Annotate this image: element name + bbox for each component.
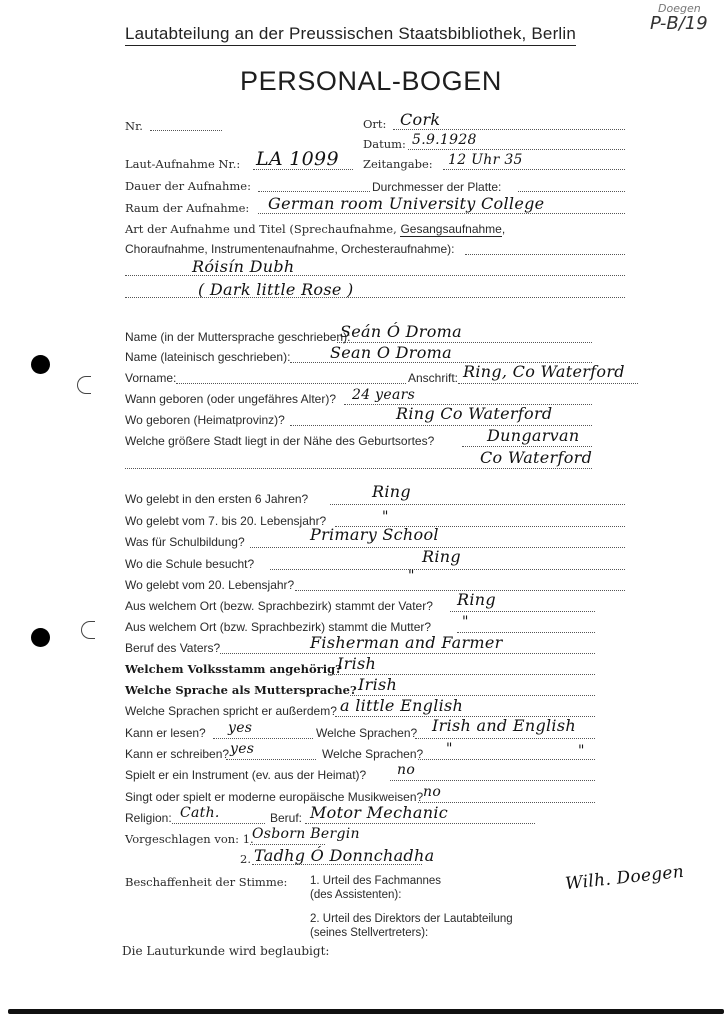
q5-label: Wo gelebt vom 20. Lebensjahr? bbox=[125, 578, 294, 592]
schreiben-value: yes bbox=[230, 741, 254, 757]
zeit-label: Zeitangabe: bbox=[363, 157, 433, 171]
schreiben-sprachen-value-2: " bbox=[578, 743, 585, 759]
religion-value: Cath. bbox=[180, 805, 220, 821]
schreiben-sprachen-value-1: " bbox=[446, 741, 453, 757]
q8-label: Beruf des Vaters? bbox=[125, 641, 220, 655]
art-label-prefix: Art der Aufnahme und Titel (Sprechaufnah… bbox=[125, 222, 400, 236]
geboren-value: 24 years bbox=[352, 387, 415, 403]
q4-field[interactable] bbox=[270, 569, 625, 570]
q6-label: Aus welchem Ort (bezw. Sprachbezirk) sta… bbox=[125, 599, 433, 613]
punch-hole-bottom bbox=[31, 628, 50, 647]
dauer-label: Dauer der Aufnahme: bbox=[125, 179, 251, 193]
schreiben-sprachen-label: Welche Sprachen? bbox=[322, 747, 423, 761]
art-label-line2: Choraufnahme, Instrumentenaufnahme, Orch… bbox=[125, 242, 455, 256]
ort-field[interactable] bbox=[393, 129, 625, 130]
datum-value: 5.9.1928 bbox=[412, 132, 477, 148]
name-mother-label: Name (in der Muttersprache geschrieben): bbox=[125, 330, 350, 344]
director-signature: Wilh. Doegen bbox=[564, 862, 685, 894]
vorname-label: Vorname: bbox=[125, 371, 176, 385]
art-label-suffix: , bbox=[502, 222, 505, 236]
title-value-2: ( Dark little Rose ) bbox=[198, 280, 354, 299]
raum-field[interactable] bbox=[258, 213, 625, 214]
zeit-field[interactable] bbox=[443, 169, 625, 170]
urteil-2-line1: 2. Urteil des Direktors der Lautabteilun… bbox=[310, 913, 513, 925]
instrument-label: Spielt er ein Instrument (ev. aus der He… bbox=[125, 768, 366, 782]
urteil-1-line2: (des Assistenten): bbox=[310, 889, 401, 901]
anschrift-value: Ring, Co Waterford bbox=[463, 362, 625, 381]
religion-field[interactable] bbox=[172, 823, 265, 824]
name-mother-value: Seán Ó Droma bbox=[340, 322, 462, 341]
title-value-1: Róisín Dubh bbox=[192, 257, 295, 276]
q11-label: Welche Sprachen spricht er außerdem? bbox=[125, 704, 337, 718]
anschrift-label: Anschrift: bbox=[408, 371, 458, 385]
q11-value: a little English bbox=[340, 696, 463, 715]
beglaubigt-label: Die Lauturkunde wird beglaubigt: bbox=[122, 944, 329, 958]
vorgeschlagen-value-2: Tadhg Ó Donnchadha bbox=[254, 846, 434, 865]
lesen-label: Kann er lesen? bbox=[125, 726, 206, 740]
musik-value: no bbox=[423, 784, 441, 800]
stadt-value-1: Dungarvan bbox=[487, 426, 579, 445]
lesen-sprachen-value: Irish and English bbox=[432, 716, 576, 735]
schreiben-sprachen-field[interactable] bbox=[418, 759, 595, 760]
schreiben-label: Kann er schreiben? bbox=[125, 747, 229, 761]
archive-mark: Doegen P-B/19 bbox=[650, 2, 708, 33]
q1-label: Wo gelebt in den ersten 6 Jahren? bbox=[125, 492, 308, 506]
beruf-label: Beruf: bbox=[270, 811, 302, 825]
raum-label: Raum der Aufnahme: bbox=[125, 201, 249, 215]
urteil-1-line1: 1. Urteil des Fachmannes bbox=[310, 875, 441, 887]
instrument-value: no bbox=[397, 762, 415, 778]
q2-label: Wo gelebt vom 7. bis 20. Lebensjahr? bbox=[125, 514, 326, 528]
q1-field[interactable] bbox=[330, 504, 625, 505]
art-label-gesang: Gesangsaufnahme bbox=[400, 222, 501, 237]
q8-field[interactable] bbox=[220, 653, 595, 654]
vorgeschlagen-value-1: Osborn Bergin bbox=[252, 826, 360, 842]
nr-field[interactable] bbox=[150, 130, 222, 131]
q9-label: Welchem Volksstamm angehörig? bbox=[125, 662, 342, 676]
beruf-value: Motor Mechanic bbox=[310, 803, 448, 822]
archive-code: P-B/19 bbox=[650, 15, 708, 33]
stadt-value-2: Co Waterford bbox=[480, 448, 592, 467]
religion-label: Religion: bbox=[125, 811, 172, 825]
page-title: PERSONAL-BOGEN bbox=[240, 66, 502, 97]
musik-label: Singt oder spielt er moderne europäische… bbox=[125, 790, 423, 804]
datum-field[interactable] bbox=[408, 149, 625, 150]
margin-mark-top bbox=[77, 376, 91, 394]
stadt-field[interactable] bbox=[462, 446, 592, 447]
zeit-value: 12 Uhr 35 bbox=[448, 152, 523, 168]
q3-label: Was für Schulbildung? bbox=[125, 535, 245, 549]
vorname-field[interactable] bbox=[176, 383, 406, 384]
q2-value: " bbox=[382, 509, 389, 525]
lesen-value: yes bbox=[228, 720, 252, 736]
institution-heading: Lautabteilung an der Preussischen Staats… bbox=[125, 24, 576, 46]
q7-value: " bbox=[462, 614, 469, 630]
dauer-field[interactable] bbox=[258, 191, 370, 192]
wo-geboren-label: Wo geboren (Heimatprovinz)? bbox=[125, 413, 285, 427]
stadt-field-2[interactable] bbox=[125, 468, 592, 469]
q10-value: Irish bbox=[358, 675, 397, 694]
urteil-2-line2: (seines Stellvertreters): bbox=[310, 927, 428, 939]
name-latin-label: Name (lateinisch geschrieben): bbox=[125, 350, 290, 364]
q4-value: Ring bbox=[422, 547, 461, 566]
lesen-field[interactable] bbox=[213, 738, 313, 739]
name-latin-value: Sean O Droma bbox=[330, 343, 452, 362]
q1-value: Ring bbox=[372, 482, 411, 501]
lesen-sprachen-label: Welche Sprachen? bbox=[316, 726, 417, 740]
durchmesser-field[interactable] bbox=[518, 191, 625, 192]
ort-label: Ort: bbox=[363, 117, 386, 131]
q3-value: Primary School bbox=[310, 525, 439, 544]
q5-value: " bbox=[408, 568, 415, 584]
datum-label: Datum: bbox=[363, 137, 406, 151]
wo-geboren-value: Ring Co Waterford bbox=[396, 404, 552, 423]
instrument-field[interactable] bbox=[390, 780, 595, 781]
vorgeschlagen-field-1[interactable] bbox=[250, 844, 325, 845]
q9-value: Irish bbox=[337, 654, 376, 673]
beruf-field[interactable] bbox=[305, 823, 535, 824]
laut-nr-value: LA 1099 bbox=[256, 148, 339, 170]
nr-label: Nr. bbox=[125, 119, 143, 133]
margin-mark-bottom bbox=[81, 621, 95, 639]
laut-nr-label: Laut-Aufnahme Nr.: bbox=[125, 157, 240, 171]
schreiben-field[interactable] bbox=[226, 759, 316, 760]
q8-value: Fisherman and Farmer bbox=[310, 633, 503, 652]
punch-hole-top bbox=[31, 355, 50, 374]
ort-value: Cork bbox=[400, 110, 440, 129]
art-field[interactable] bbox=[465, 254, 625, 255]
raum-value: German room University College bbox=[268, 194, 544, 213]
q4-label: Wo die Schule besucht? bbox=[125, 557, 254, 571]
vorgeschlagen-label: Vorgeschlagen von: 1. bbox=[125, 832, 254, 846]
vorgeschlagen-2-num: 2. bbox=[240, 852, 251, 866]
q6-value: Ring bbox=[457, 590, 496, 609]
stadt-label: Welche größere Stadt liegt in der Nähe d… bbox=[125, 434, 434, 448]
q6-field[interactable] bbox=[450, 611, 595, 612]
stimme-label: Beschaffenheit der Stimme: bbox=[125, 875, 287, 889]
lesen-sprachen-field[interactable] bbox=[415, 738, 595, 739]
q10-label: Welche Sprache als Muttersprache? bbox=[125, 683, 357, 697]
bottom-rule-divider bbox=[8, 1009, 724, 1014]
geboren-label: Wann geboren (oder ungefähres Alter)? bbox=[125, 392, 336, 406]
q7-label: Aus welchem Ort (bzw. Sprachbezirk) stam… bbox=[125, 620, 431, 634]
anschrift-field[interactable] bbox=[458, 383, 638, 384]
durchmesser-label: Durchmesser der Platte: bbox=[372, 180, 501, 194]
art-label: Art der Aufnahme und Titel (Sprechaufnah… bbox=[125, 222, 505, 236]
